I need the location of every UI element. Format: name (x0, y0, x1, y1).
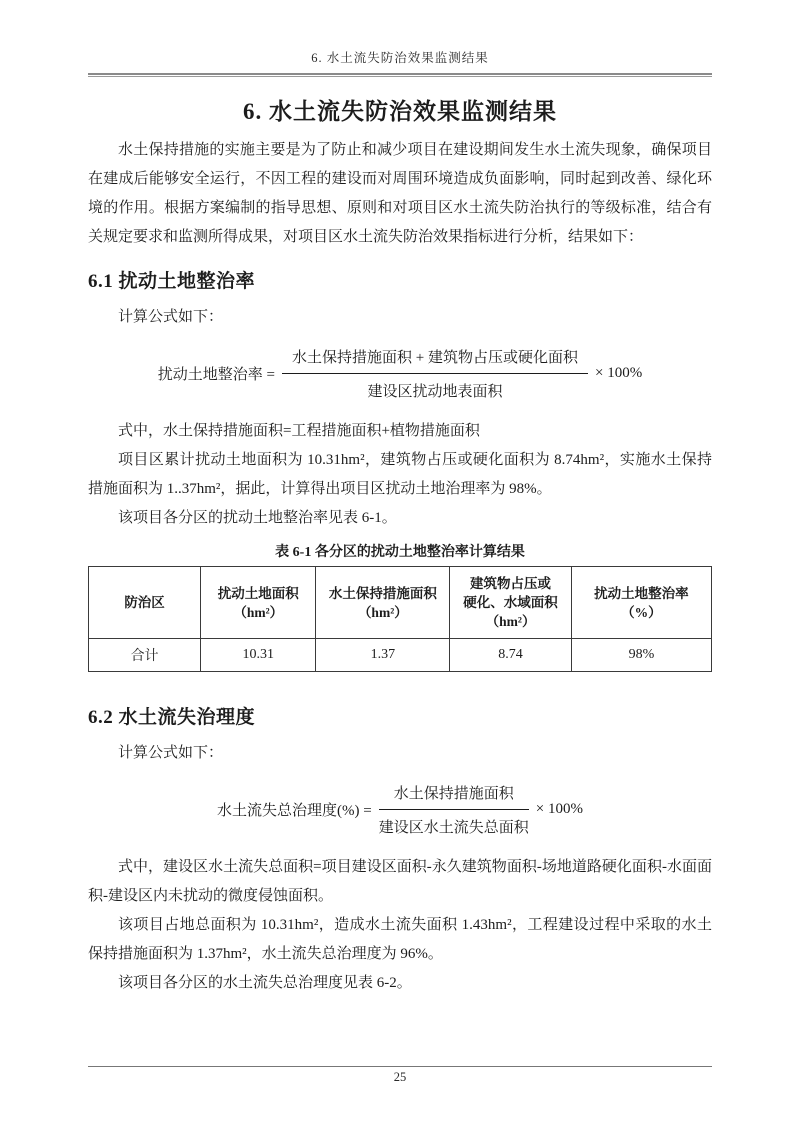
formula-lhs: 扰动土地整治率 = (158, 363, 275, 384)
table-6-1-caption: 表 6-1 各分区的扰动土地整治率计算结果 (88, 541, 712, 561)
formula-disturbed-land-rate: 扰动土地整治率 = 水土保持措施面积 + 建筑物占压或硬化面积 建设区扰动地表面… (88, 346, 712, 401)
col-header-disturbed-area: 扰动土地面积 （hm²） (201, 567, 316, 639)
table-header-row: 防治区 扰动土地面积 （hm²） 水土保持措施面积 （hm²） 建筑物占压或 硬… (89, 567, 712, 639)
cell-building-area: 8.74 (450, 639, 571, 672)
formula-rhs: × 100% (536, 801, 583, 818)
page-footer: 25 (88, 1066, 712, 1085)
col-header-building-area: 建筑物占压或 硬化、水域面积 （hm²） (450, 567, 571, 639)
section-heading-6-1: 6.1 扰动土地整治率 (88, 266, 712, 293)
formula-numerator: 水土保持措施面积 (379, 782, 529, 810)
cell-disturbed-area: 10.31 (201, 639, 316, 672)
formula-fraction: 水土保持措施面积 + 建筑物占压或硬化面积 建设区扰动地表面积 (282, 346, 588, 401)
header-divider (88, 73, 712, 77)
col-header-zone: 防治区 (89, 567, 201, 639)
formula-intro-6-1: 计算公式如下： (88, 303, 712, 332)
values-paragraph-6-2: 该项目占地总面积为 10.31hm²，造成水土流失面积 1.43hm²，工程建设… (88, 911, 712, 969)
cell-zone: 合计 (89, 639, 201, 672)
col-header-measure-area: 水土保持措施面积 （hm²） (316, 567, 450, 639)
values-paragraph-6-1: 项目区累计扰动土地面积为 10.31hm²，建筑物占压或硬化面积为 8.74hm… (88, 446, 712, 504)
formula-note-6-1: 式中，水土保持措施面积=工程措施面积+植物措施面积 (88, 417, 712, 446)
cell-measure-area: 1.37 (316, 639, 450, 672)
formula-numerator: 水土保持措施面积 + 建筑物占压或硬化面积 (282, 346, 588, 374)
col-header-rate: 扰动土地整治率 （%） (571, 567, 711, 639)
page-header: 6. 水土流失防治效果监测结果 (88, 0, 712, 77)
table-6-1: 防治区 扰动土地面积 （hm²） 水土保持措施面积 （hm²） 建筑物占压或 硬… (88, 566, 712, 672)
table-row: 合计 10.31 1.37 8.74 98% (89, 639, 712, 672)
page-title: 6. 水土流失防治效果监测结果 (88, 93, 712, 126)
formula-denominator: 建设区扰动地表面积 (282, 374, 588, 401)
formula-denominator: 建设区水土流失总面积 (379, 810, 529, 837)
formula-erosion-control-degree: 水土流失总治理度(%) = 水土保持措施面积 建设区水土流失总面积 × 100% (88, 782, 712, 837)
page-number: 25 (88, 1067, 712, 1085)
table-reference-6-1: 该项目各分区的扰动土地整治率见表 6-1。 (88, 504, 712, 533)
table-reference-6-2: 该项目各分区的水土流失总治理度见表 6-2。 (88, 969, 712, 998)
section-heading-6-2: 6.2 水土流失治理度 (88, 702, 712, 729)
formula-fraction: 水土保持措施面积 建设区水土流失总面积 (379, 782, 529, 837)
formula-intro-6-2: 计算公式如下： (88, 739, 712, 768)
document-page: 6. 水土流失防治效果监测结果 6. 水土流失防治效果监测结果 水土保持措施的实… (0, 0, 800, 1130)
formula-rhs: × 100% (595, 365, 642, 382)
running-header-title: 6. 水土流失防治效果监测结果 (88, 48, 712, 73)
formula-note-6-2: 式中，建设区水土流失总面积=项目建设区面积-永久建筑物面积-场地道路硬化面积-水… (88, 853, 712, 911)
cell-rate: 98% (571, 639, 711, 672)
intro-paragraph: 水土保持措施的实施主要是为了防止和减少项目在建设期间发生水土流失现象，确保项目在… (88, 136, 712, 252)
formula-lhs: 水土流失总治理度(%) = (217, 799, 372, 820)
